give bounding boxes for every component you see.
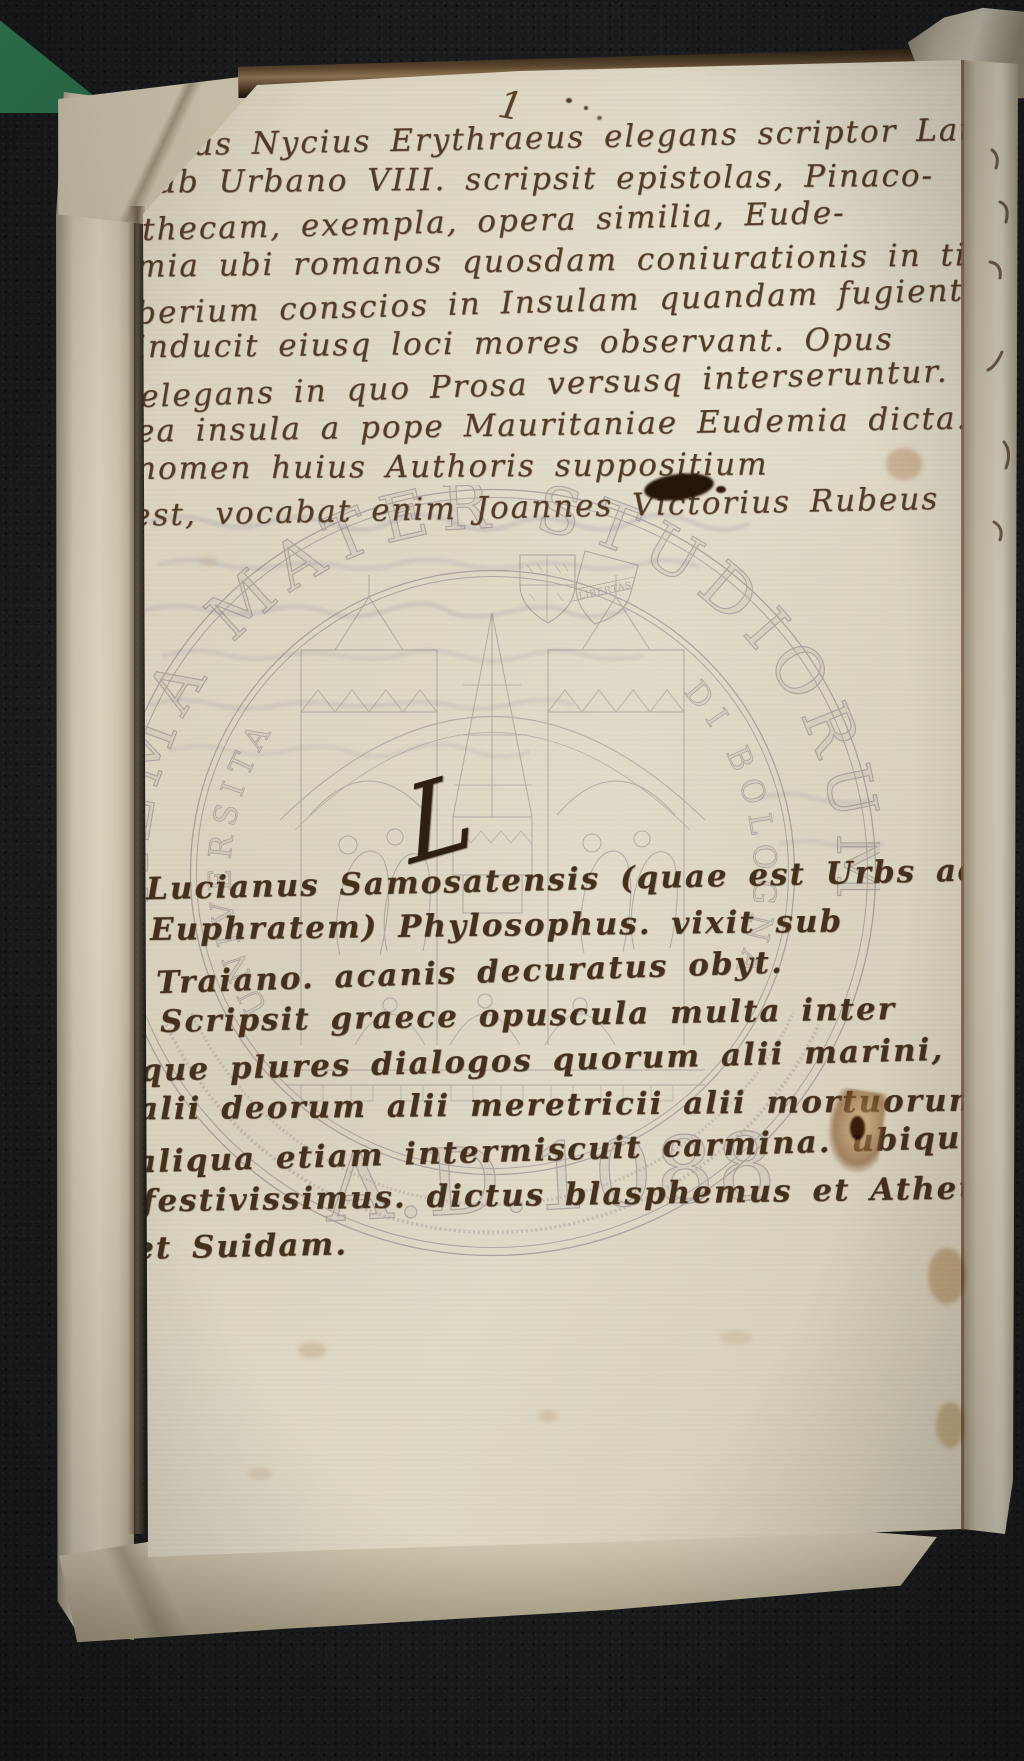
foxing-spot: [248, 1468, 272, 1479]
paragraph-lucianus: Lucianus Samosatensis (quae est Urbs ad …: [146, 858, 966, 1263]
cover-page-seam: [128, 206, 145, 1534]
gutter-stain: [928, 1248, 966, 1304]
foxing-spot: [298, 1342, 326, 1358]
facing-page-ink-fragments: [984, 140, 1020, 560]
gutter-stain: [936, 1402, 964, 1448]
page-number-mark: 1: [494, 81, 542, 137]
edge-damage-core: [850, 1116, 865, 1140]
foxing-spot: [538, 1410, 558, 1422]
foxing-spot: [720, 1330, 752, 1345]
photo-backdrop: ALMA MATER STUDIORUM UNIVERSITA DI BOLOG…: [0, 0, 1024, 1761]
ink-blot-satellite: [716, 486, 726, 493]
gutter-fold-line: [961, 60, 964, 1530]
ink-dot: [566, 98, 572, 103]
vellum-cover-left: [56, 92, 134, 1640]
ink-dot: [584, 106, 588, 110]
manuscript-page: ALMA MATER STUDIORUM UNIVERSITA DI BOLOG…: [0, 0, 1024, 1761]
paragraph-janus-nicius: Janus Nycius Erythraeus elegans scriptor…: [136, 118, 964, 528]
ink-dot: [597, 116, 602, 120]
